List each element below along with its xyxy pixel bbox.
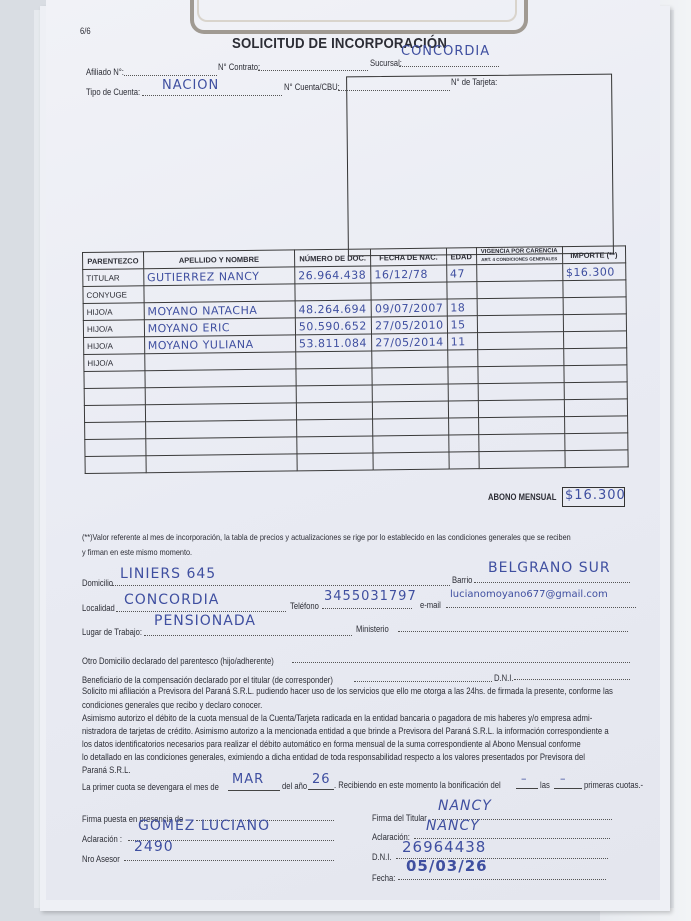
- telefono-field[interactable]: [322, 608, 412, 609]
- cell-doc[interactable]: [296, 368, 373, 386]
- cell-nombre[interactable]: GUTIERREZ NANCY: [143, 267, 294, 286]
- fecha-field[interactable]: [398, 879, 606, 880]
- email-value: lucianomoyano677@gmail.com: [450, 589, 608, 600]
- ministerio-field[interactable]: [398, 631, 628, 632]
- cell-vigencia[interactable]: [477, 281, 563, 299]
- tipo-cuenta-field[interactable]: [142, 95, 282, 96]
- cell-importe[interactable]: [564, 416, 628, 434]
- cell-nombre[interactable]: [144, 284, 295, 303]
- cell-fecha[interactable]: [372, 384, 448, 402]
- cell-vigencia[interactable]: [479, 451, 565, 469]
- titular-signature: NANCY: [438, 798, 492, 814]
- cell-fecha[interactable]: [371, 282, 447, 300]
- page-indicator: 6/6: [80, 26, 91, 36]
- contrato-label: N° Contrato:: [218, 62, 260, 72]
- cell-nombre[interactable]: [145, 369, 296, 388]
- cell-doc[interactable]: 50.590.652: [295, 317, 372, 335]
- photo-box: [346, 74, 614, 257]
- cell-vigencia[interactable]: [476, 264, 562, 282]
- cell-fecha[interactable]: [373, 435, 449, 453]
- form-page: 6/6 SOLICITUD DE INCORPORACIÓN Afiliado …: [46, 0, 660, 900]
- cell-doc[interactable]: 48.264.694: [295, 300, 372, 318]
- dni-value: 26964438: [402, 838, 486, 856]
- cell-fecha[interactable]: 27/05/2014: [372, 333, 448, 351]
- cell-edad[interactable]: 18: [447, 299, 477, 316]
- cuenta-cbu-label: N° Cuenta/CBU:: [284, 82, 340, 92]
- asesor-value: 2490: [134, 839, 174, 855]
- legal-line-2: condiciones generales que recibo y decla…: [82, 698, 581, 712]
- cell-nombre[interactable]: [145, 386, 296, 405]
- afiliado-label: Afiliado N°:: [86, 67, 124, 77]
- barrio-field[interactable]: [474, 582, 630, 583]
- note-line-2: y firman en este mismo momento.: [82, 545, 581, 559]
- cell-vigencia[interactable]: [477, 332, 563, 350]
- domicilio-value: LINIERS 645: [120, 566, 216, 582]
- cell-importe[interactable]: $16.300: [562, 263, 626, 281]
- cell-edad[interactable]: [448, 418, 478, 435]
- cell-nombre[interactable]: MOYANO YULIANA: [144, 335, 295, 354]
- col-vigencia: VIGENCIA POR CARENCIAART. 4 CONDICIONES …: [476, 247, 562, 265]
- cell-doc[interactable]: [296, 419, 373, 437]
- col-nombre: APELLIDO Y NOMBRE: [143, 250, 294, 269]
- cell-vigencia[interactable]: [477, 298, 563, 316]
- sucursal-field[interactable]: [399, 66, 499, 67]
- cuota-las-field[interactable]: [554, 788, 582, 789]
- col-parentezco: PARENTEZCO: [83, 252, 144, 270]
- cell-importe[interactable]: [562, 280, 626, 298]
- cell-doc[interactable]: [295, 283, 372, 301]
- abono-value: $16.300: [565, 488, 626, 503]
- cuota-mes-value: MAR: [232, 772, 264, 787]
- sucursal-label: Sucursal:: [370, 58, 402, 68]
- note-line-1: (**)Valor referente al mes de incorporac…: [82, 530, 581, 544]
- cell-edad[interactable]: 47: [446, 265, 476, 282]
- cuota-suffix: primeras cuotas.-: [584, 780, 643, 790]
- asesor-field[interactable]: [124, 860, 334, 861]
- legal-line-3: Asimismo autorizo el débito de la cuota …: [82, 711, 581, 725]
- cell-vigencia[interactable]: [478, 417, 564, 435]
- cell-edad[interactable]: [447, 350, 477, 367]
- family-table: PARENTEZCO APELLIDO Y NOMBRE NÚMERO DE D…: [82, 245, 629, 474]
- cell-fecha[interactable]: [373, 401, 449, 419]
- legal-line-1: Solicito mi afiliación a Previsora del P…: [82, 684, 581, 698]
- domicilio-field[interactable]: [112, 585, 450, 586]
- legal-line-4: nistradora de tarjetas de crédito. Asimi…: [82, 724, 581, 738]
- col-edad: EDAD: [446, 248, 476, 265]
- cell-parentezco[interactable]: [85, 456, 146, 474]
- beneficiario-dni-label: D.N.I.: [494, 673, 514, 683]
- cell-edad[interactable]: [449, 452, 479, 469]
- cell-edad[interactable]: [447, 282, 477, 299]
- cell-doc[interactable]: [296, 385, 373, 403]
- cell-importe[interactable]: [564, 382, 628, 400]
- cell-fecha[interactable]: [372, 367, 448, 385]
- cell-parentezco[interactable]: [84, 405, 145, 423]
- cell-vigencia[interactable]: [477, 315, 563, 333]
- cell-fecha[interactable]: [372, 350, 448, 368]
- cell-doc[interactable]: [296, 402, 373, 420]
- cell-parentezco[interactable]: [85, 422, 146, 440]
- cell-nombre[interactable]: [145, 420, 296, 439]
- cell-edad[interactable]: [448, 384, 478, 401]
- cell-parentezco[interactable]: [84, 371, 145, 389]
- afiliado-field[interactable]: [124, 75, 217, 76]
- cell-nombre[interactable]: [145, 437, 296, 456]
- col-vigencia-sub: ART. 4 CONDICIONES GENERALES: [481, 256, 557, 262]
- ministerio-label: Ministerio: [356, 624, 389, 634]
- cell-nombre[interactable]: [145, 403, 296, 422]
- trabajo-label: Lugar de Trabajo:: [82, 627, 142, 637]
- cell-fecha[interactable]: 16/12/78: [371, 265, 447, 283]
- cell-nombre[interactable]: [146, 454, 297, 473]
- col-vigencia-title: VIGENCIA POR CARENCIA: [481, 248, 558, 255]
- localidad-label: Localidad: [82, 603, 115, 613]
- legal-line-7: Paraná S.R.L.: [82, 763, 581, 777]
- cell-doc[interactable]: 53.811.084: [295, 334, 372, 352]
- cell-importe[interactable]: [564, 399, 628, 417]
- cell-importe[interactable]: [564, 433, 628, 451]
- localidad-field[interactable]: [116, 611, 286, 612]
- otro-domicilio-label: Otro Domicilio declarado del parentesco …: [82, 656, 274, 666]
- cell-doc[interactable]: 26.964.438: [295, 266, 372, 284]
- cell-fecha[interactable]: [373, 418, 449, 436]
- cuota-anio-value: 26: [312, 772, 331, 787]
- cell-parentezco[interactable]: HIJO/A: [83, 303, 144, 321]
- cell-doc[interactable]: [297, 453, 374, 471]
- cell-vigencia[interactable]: [478, 434, 564, 452]
- trabajo-value: PENSIONADA: [154, 613, 256, 629]
- titular-label: Firma del Titular: [372, 813, 427, 823]
- cell-doc[interactable]: [297, 436, 374, 454]
- cell-vigencia[interactable]: [478, 366, 564, 384]
- cell-edad[interactable]: [448, 401, 478, 418]
- trabajo-field[interactable]: [144, 635, 352, 636]
- legal-line-6: lo detallado en las condiciones generale…: [82, 750, 581, 764]
- cuota-mid: . Recibiendo en este momento la bonifica…: [334, 780, 501, 790]
- tipo-cuenta-label: Tipo de Cuenta:: [86, 87, 140, 97]
- cuota-anio-label: del año: [282, 781, 307, 791]
- cell-fecha[interactable]: 09/07/2007: [371, 299, 447, 317]
- cuota-anio-field[interactable]: [308, 789, 334, 790]
- telefono-value: 3455031797: [324, 589, 417, 604]
- cell-parentezco[interactable]: CONYUGE: [83, 286, 144, 304]
- cell-vigencia[interactable]: [477, 349, 563, 367]
- cell-parentezco[interactable]: HIJO/A: [84, 337, 145, 355]
- cell-vigencia[interactable]: [478, 383, 564, 401]
- cell-vigencia[interactable]: [478, 400, 564, 418]
- cell-edad[interactable]: 15: [447, 316, 477, 333]
- cell-parentezco[interactable]: HIJO/A: [83, 320, 144, 338]
- cuota-bonif-field[interactable]: [516, 788, 538, 789]
- cell-importe[interactable]: [565, 450, 629, 468]
- legal-line-5: los datos identificatorios necesarios pa…: [82, 737, 581, 751]
- beneficiario-field[interactable]: [354, 681, 492, 682]
- barrio-value: BELGRANO SUR: [488, 560, 611, 576]
- sucursal-value: CONCORDIA: [401, 44, 490, 59]
- cuota-las-value: –: [560, 772, 567, 785]
- cell-importe[interactable]: [564, 365, 628, 383]
- cell-nombre[interactable]: MOYANO ERIC: [144, 318, 295, 337]
- cell-nombre[interactable]: [144, 352, 295, 371]
- fecha-label: Fecha:: [372, 873, 395, 883]
- cell-parentezco[interactable]: [84, 388, 145, 406]
- clipboard-clip-highlight: [197, 0, 517, 22]
- fecha-value: 05/03/26: [406, 857, 488, 875]
- aclaracion-label: Aclaración :: [82, 834, 122, 844]
- cell-nombre[interactable]: MOYANO NATACHA: [144, 301, 295, 320]
- cell-importe[interactable]: [563, 297, 627, 315]
- cuota-las-label: las: [540, 780, 550, 790]
- localidad-value: CONCORDIA: [124, 592, 219, 608]
- abono-box: $16.300: [562, 487, 625, 507]
- cuota-mes-field[interactable]: [228, 790, 280, 791]
- otro-domicilio-field[interactable]: [292, 662, 630, 663]
- cell-parentezco[interactable]: [85, 439, 146, 457]
- beneficiario-dni-field[interactable]: [514, 679, 630, 680]
- tipo-cuenta-value: NACION: [162, 78, 219, 93]
- cell-edad[interactable]: 11: [447, 333, 477, 350]
- cell-importe[interactable]: [563, 348, 627, 366]
- col-fecha: FECHA DE NAC.: [371, 248, 447, 266]
- asesor-label: Nro Asesor: [82, 854, 120, 864]
- cell-parentezco[interactable]: HIJO/A: [84, 354, 145, 372]
- dni-label: D.N.I.: [372, 852, 392, 862]
- col-doc: NÚMERO DE DOC.: [294, 249, 371, 267]
- cuota-prefix: La primer cuota se devengara el mes de: [82, 782, 219, 792]
- aclaracion-value: GOMEZ LUCIANO: [138, 818, 270, 834]
- email-label: e-mail: [420, 600, 441, 610]
- email-field[interactable]: [446, 607, 636, 608]
- abono-label: ABONO MENSUAL: [488, 492, 556, 502]
- cell-edad[interactable]: [448, 435, 478, 452]
- cell-importe[interactable]: [563, 331, 627, 349]
- contrato-field[interactable]: [258, 70, 368, 71]
- cell-doc[interactable]: [296, 351, 373, 369]
- cell-fecha[interactable]: 27/05/2010: [372, 316, 448, 334]
- cell-importe[interactable]: [563, 314, 627, 332]
- col-importe: IMPORTE (**): [562, 246, 626, 264]
- telefono-label: Teléfono: [290, 601, 319, 611]
- cell-edad[interactable]: [448, 367, 478, 384]
- cell-parentezco[interactable]: TITULAR: [83, 269, 144, 287]
- barrio-label: Barrio: [452, 575, 472, 585]
- domicilio-label: Domicilio: [82, 578, 113, 588]
- cell-fecha[interactable]: [373, 452, 449, 470]
- cuota-bonif-value: –: [521, 772, 528, 785]
- aclaracion2-value: NANCY: [426, 818, 480, 834]
